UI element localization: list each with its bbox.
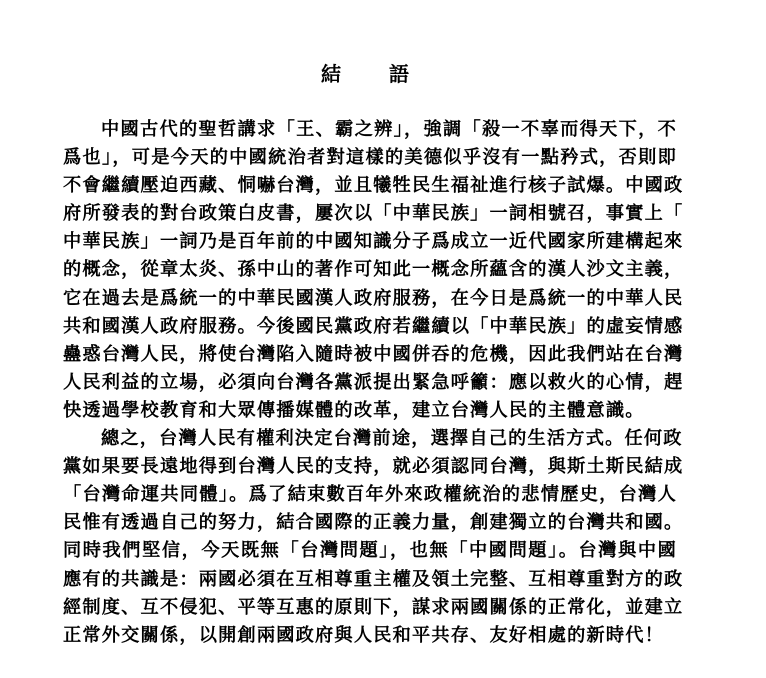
- body-text: 中國古代的聖哲講求「王、霸之辨」，強調「殺一不辜而得天下，不 爲也」，可是今天的…: [63, 116, 677, 650]
- text-line: 人民利益的立場，必須向台灣各黨派提出緊急呼籲：應以救火的心情，趕: [63, 369, 677, 397]
- text-line: 黨如果要長遠地得到台灣人民的支持，就必須認同台灣，與斯土斯民結成: [63, 453, 677, 481]
- title-char-2: 語: [389, 58, 409, 87]
- text-line: 它在過去是爲統一的中華民國漢人政府服務，在今日是爲統一的中華人民: [63, 285, 677, 313]
- text-line: 中國古代的聖哲講求「王、霸之辨」，強調「殺一不辜而得天下，不: [63, 116, 677, 144]
- text-line: 府所發表的對台政策白皮書，屢次以「中華民族」一詞相號召，事實上「: [63, 200, 677, 228]
- text-line: 「台灣命運共同體」。爲了結束數百年外來政權統治的悲情歷史，台灣人: [63, 481, 677, 509]
- paragraph-2: 總之，台灣人民有權利決定台灣前途，選擇自己的生活方式。任何政 黨如果要長遠地得到…: [63, 425, 677, 650]
- text-line: 中華民族」一詞乃是百年前的中國知識分子爲成立一近代國家所建構起來: [63, 228, 677, 256]
- text-line: 正常外交關係，以開創兩國政府與人民和平共存、友好相處的新時代！: [63, 622, 677, 650]
- text-line: 同時我們堅信，今天既無「台灣問題」，也無「中國問題」。台灣與中國: [63, 537, 677, 565]
- title-char-1: 結: [321, 58, 341, 87]
- text-line: 爲也」，可是今天的中國統治者對這樣的美德似乎沒有一點矜式，否則即: [63, 144, 677, 172]
- text-line: 應有的共識是：兩國必須在互相尊重主權及領土完整、互相尊重對方的政: [63, 566, 677, 594]
- text-line: 不會繼續壓迫西藏、恫嚇台灣，並且犧牲民生福祉進行核子試爆。中國政: [63, 172, 677, 200]
- text-line: 共和國漢人政府服務。今後國民黨政府若繼續以「中華民族」的虛妄情感: [63, 313, 677, 341]
- text-line: 蠱惑台灣人民，將使台灣陷入隨時被中國併吞的危機，因此我們站在台灣: [63, 341, 677, 369]
- text-line: 的概念，從章太炎、孫中山的著作可知此一概念所蘊含的漢人沙文主義，: [63, 256, 677, 284]
- document-page: 結語 中國古代的聖哲講求「王、霸之辨」，強調「殺一不辜而得天下，不 爲也」，可是…: [0, 0, 766, 678]
- text-line: 民惟有透過自己的努力，結合國際的正義力量，創建獨立的台灣共和國。: [63, 509, 677, 537]
- section-title: 結語: [0, 58, 730, 87]
- text-line: 快透過學校教育和大眾傳播媒體的改革，建立台灣人民的主體意識。: [63, 397, 677, 425]
- text-line: 總之，台灣人民有權利決定台灣前途，選擇自己的生活方式。任何政: [63, 425, 677, 453]
- paragraph-1: 中國古代的聖哲講求「王、霸之辨」，強調「殺一不辜而得天下，不 爲也」，可是今天的…: [63, 116, 677, 425]
- text-line: 經制度、互不侵犯、平等互惠的原則下，謀求兩國關係的正常化，並建立: [63, 594, 677, 622]
